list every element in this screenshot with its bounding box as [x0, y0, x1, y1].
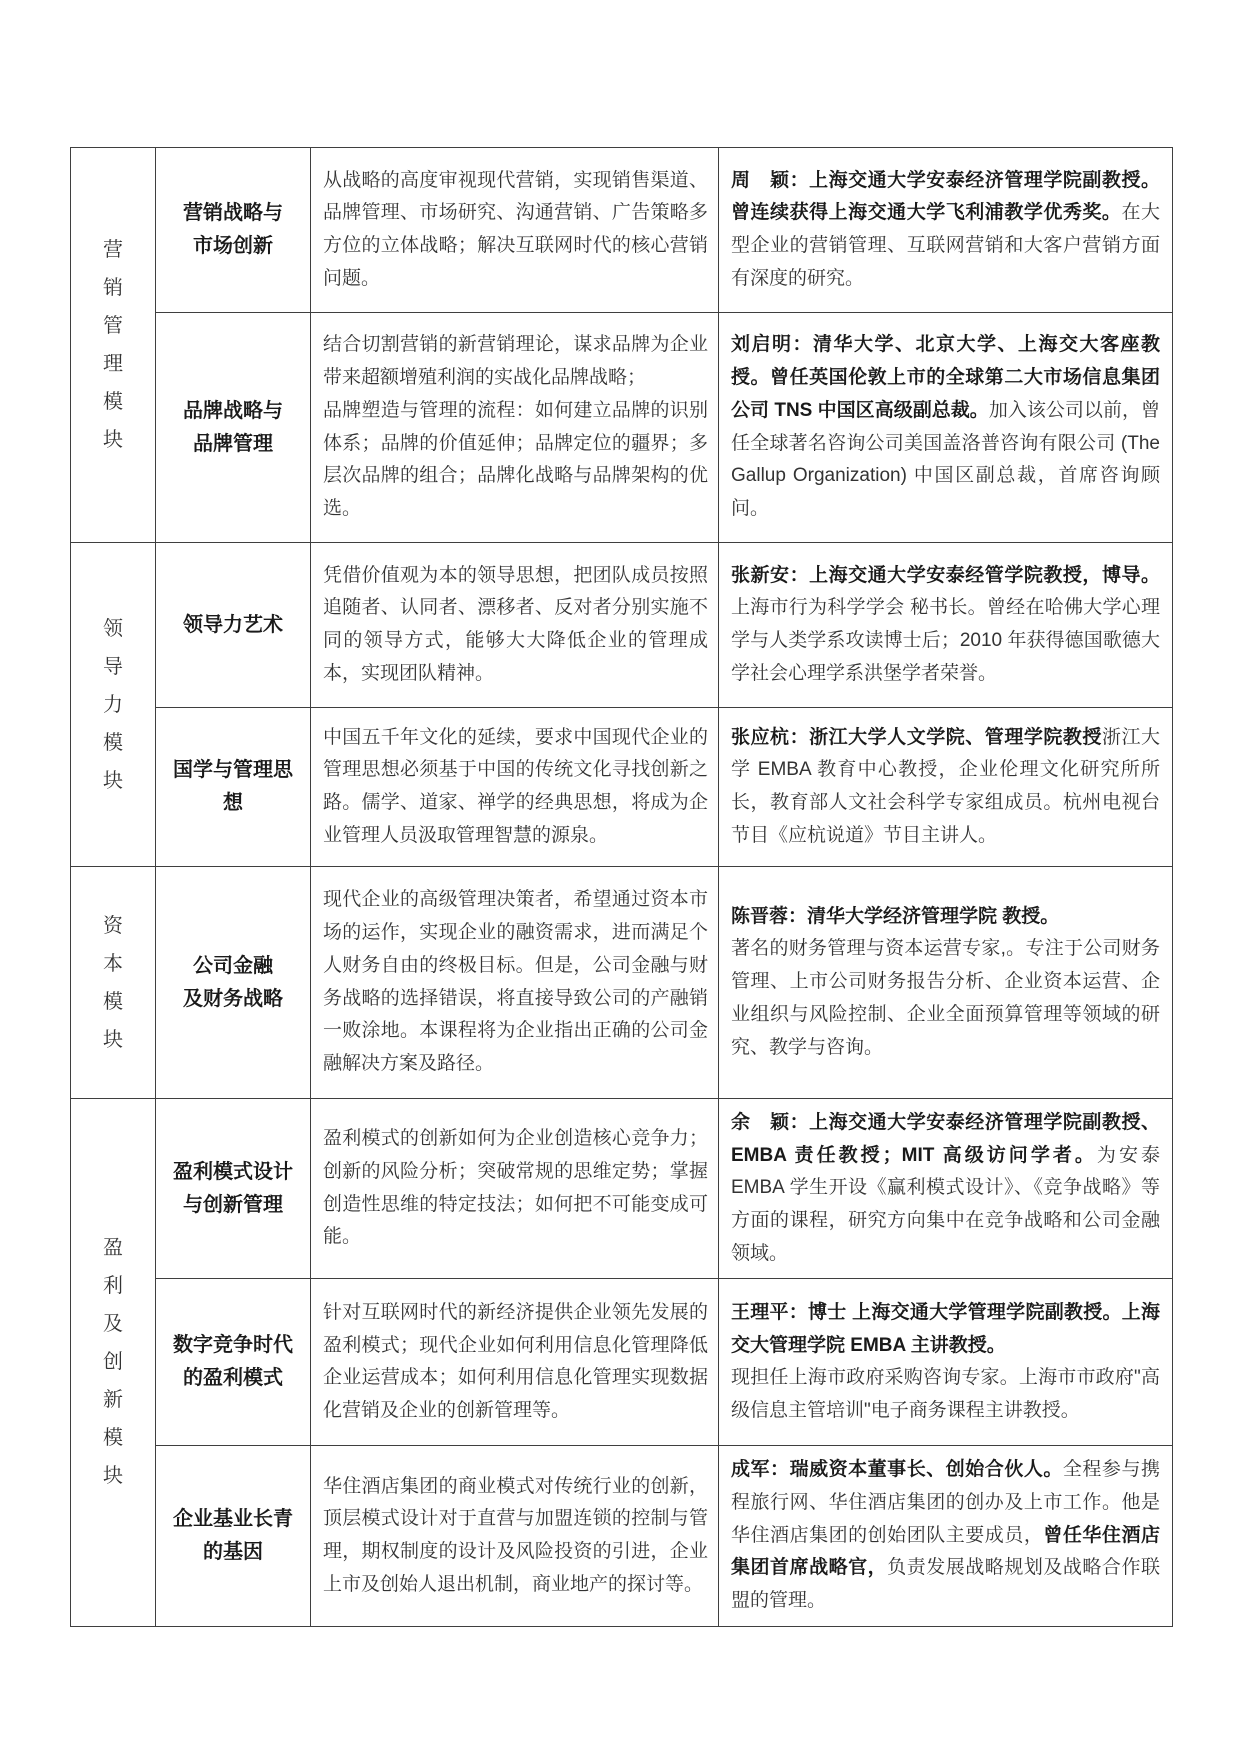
description-paragraph: 凭借价值观为本的领导思想，把团队成员按照追随者、认同者、漂移者、反对者分别实施不…	[323, 560, 708, 691]
bio-emphasis-text: 余 颖：上海交通大学安泰经济管理学院副教授、EMBA 责任教授；MIT 高级访问…	[731, 1112, 1160, 1166]
module-label-char: 本	[72, 945, 154, 983]
module-label-char: 理	[72, 345, 154, 383]
instructor-bio: 王理平：博士 上海交通大学管理学院副教授。上海交大管理学院 EMBA 主讲教授。…	[719, 1279, 1173, 1446]
course-description: 凭借价值观为本的领导思想，把团队成员按照追随者、认同者、漂移者、反对者分别实施不…	[311, 543, 719, 708]
module-label: 营销管理模块	[71, 148, 156, 543]
description-paragraph: 针对互联网时代的新经济提供企业领先发展的盈利模式；现代企业如何利用信息化管理降低…	[323, 1297, 708, 1428]
table-row: 品牌战略与品牌管理结合切割营销的新营销理论，谋求品牌为企业带来超额增殖利润的实战…	[71, 313, 1173, 543]
course-title: 营销战略与市场创新	[156, 148, 311, 313]
bio-emphasis-text: 陈晋蓉：清华大学经济管理学院 教授。	[731, 906, 1059, 927]
description-paragraph: 盈利模式的创新如何为企业创造核心竞争力；创新的风险分析；突破常规的思维定势；掌握…	[323, 1123, 708, 1254]
module-label-char: 盈	[72, 1229, 154, 1267]
bio-regular-text: 现担任上海市政府采购咨询专家。上海市市政府"高级信息主管培训"电子商务课程主讲教…	[731, 1367, 1160, 1421]
module-label-char: 利	[72, 1267, 154, 1305]
description-paragraph: 品牌塑造与管理的流程：如何建立品牌的识别体系；品牌的价值延伸；品牌定位的疆界；多…	[323, 395, 708, 526]
module-label-char: 块	[72, 421, 154, 459]
course-description: 盈利模式的创新如何为企业创造核心竞争力；创新的风险分析；突破常规的思维定势；掌握…	[311, 1099, 719, 1279]
course-title: 公司金融及财务战略	[156, 867, 311, 1099]
course-table: 营销管理模块营销战略与市场创新从战略的高度审视现代营销，实现销售渠道、品牌管理、…	[70, 147, 1173, 1627]
instructor-bio: 余 颖：上海交通大学安泰经济管理学院副教授、EMBA 责任教授；MIT 高级访问…	[719, 1099, 1173, 1279]
instructor-bio: 周 颖：上海交通大学安泰经济管理学院副教授。曾连续获得上海交通大学飞利浦教学优秀…	[719, 148, 1173, 313]
table-row: 领导力模块领导力艺术凭借价值观为本的领导思想，把团队成员按照追随者、认同者、漂移…	[71, 543, 1173, 708]
course-title: 数字竞争时代的盈利模式	[156, 1279, 311, 1446]
module-label-char: 模	[72, 983, 154, 1021]
instructor-bio: 成军：瑞威资本董事长、创始合伙人。全程参与携程旅行网、华住酒店集团的创办及上市工…	[719, 1446, 1173, 1626]
module-label-char: 模	[72, 1419, 154, 1457]
instructor-bio: 张新安：上海交通大学安泰经管学院教授，博导。上海市行为科学学会 秘书长。曾经在哈…	[719, 543, 1173, 708]
module-label-char: 模	[72, 724, 154, 762]
description-paragraph: 结合切割营销的新营销理论，谋求品牌为企业带来超额增殖利润的实战化品牌战略；	[323, 329, 708, 394]
module-label-char: 创	[72, 1343, 154, 1381]
course-table-body: 营销管理模块营销战略与市场创新从战略的高度审视现代营销，实现销售渠道、品牌管理、…	[71, 148, 1173, 1627]
table-row: 国学与管理思想中国五千年文化的延续，要求中国现代企业的管理思想必须基于中国的传统…	[71, 708, 1173, 867]
course-description: 华住酒店集团的商业模式对传统行业的创新，顶层模式设计对于直营与加盟连锁的控制与管…	[311, 1446, 719, 1626]
table-row: 数字竞争时代的盈利模式针对互联网时代的新经济提供企业领先发展的盈利模式；现代企业…	[71, 1279, 1173, 1446]
description-paragraph: 中国五千年文化的延续，要求中国现代企业的管理思想必须基于中国的传统文化寻找创新之…	[323, 722, 708, 853]
table-row: 资本模块公司金融及财务战略现代企业的高级管理决策者，希望通过资本市场的运作，实现…	[71, 867, 1173, 1099]
module-label: 资本模块	[71, 867, 156, 1099]
course-title: 品牌战略与品牌管理	[156, 313, 311, 543]
table-row: 盈利及创新模块盈利模式设计与创新管理盈利模式的创新如何为企业创造核心竞争力；创新…	[71, 1099, 1173, 1279]
course-title: 国学与管理思想	[156, 708, 311, 867]
bio-emphasis-text: 张新安：上海交通大学安泰经管学院教授，博导。	[731, 565, 1160, 586]
instructor-bio: 陈晋蓉：清华大学经济管理学院 教授。著名的财务管理与资本运营专家,。专注于公司财…	[719, 867, 1173, 1099]
description-paragraph: 现代企业的高级管理决策者，希望通过资本市场的运作，实现企业的融资需求，进而满足个…	[323, 884, 708, 1080]
module-label-char: 营	[72, 231, 154, 269]
course-description: 中国五千年文化的延续，要求中国现代企业的管理思想必须基于中国的传统文化寻找创新之…	[311, 708, 719, 867]
module-label-char: 块	[72, 762, 154, 800]
module-label-char: 块	[72, 1021, 154, 1059]
course-description: 从战略的高度审视现代营销，实现销售渠道、品牌管理、市场研究、沟通营销、广告策略多…	[311, 148, 719, 313]
table-row: 营销管理模块营销战略与市场创新从战略的高度审视现代营销，实现销售渠道、品牌管理、…	[71, 148, 1173, 313]
instructor-bio: 刘启明：清华大学、北京大学、上海交大客座教授。曾任英国伦敦上市的全球第二大市场信…	[719, 313, 1173, 543]
document-page: 营销管理模块营销战略与市场创新从战略的高度审视现代营销，实现销售渠道、品牌管理、…	[0, 0, 1240, 1753]
course-title: 领导力艺术	[156, 543, 311, 708]
module-label-char: 资	[72, 907, 154, 945]
module-label-char: 块	[72, 1457, 154, 1495]
bio-emphasis-text: 成军：瑞威资本董事长、创始合伙人。	[731, 1459, 1063, 1480]
description-paragraph: 从战略的高度审视现代营销，实现销售渠道、品牌管理、市场研究、沟通营销、广告策略多…	[323, 165, 708, 296]
module-label-char: 导	[72, 648, 154, 686]
module-label-char: 及	[72, 1305, 154, 1343]
instructor-bio: 张应杭：浙江大学人文学院、管理学院教授浙江大学 EMBA 教育中心教授，企业伦理…	[719, 708, 1173, 867]
module-label-char: 领	[72, 610, 154, 648]
bio-emphasis-text: 张应杭：浙江大学人文学院、管理学院教授	[731, 727, 1102, 748]
course-description: 现代企业的高级管理决策者，希望通过资本市场的运作，实现企业的融资需求，进而满足个…	[311, 867, 719, 1099]
description-paragraph: 华住酒店集团的商业模式对传统行业的创新，顶层模式设计对于直营与加盟连锁的控制与管…	[323, 1471, 708, 1602]
bio-emphasis-text: 王理平：博士 上海交通大学管理学院副教授。上海交大管理学院 EMBA 主讲教授。	[731, 1302, 1160, 1356]
module-label-char: 管	[72, 307, 154, 345]
module-label: 盈利及创新模块	[71, 1099, 156, 1627]
bio-regular-text: 著名的财务管理与资本运营专家,。专注于公司财务管理、上市公司财务报告分析、企业资…	[731, 938, 1160, 1057]
course-description: 结合切割营销的新营销理论，谋求品牌为企业带来超额增殖利润的实战化品牌战略；品牌塑…	[311, 313, 719, 543]
course-title: 企业基业长青的基因	[156, 1446, 311, 1626]
module-label-char: 新	[72, 1381, 154, 1419]
module-label-char: 销	[72, 269, 154, 307]
course-description: 针对互联网时代的新经济提供企业领先发展的盈利模式；现代企业如何利用信息化管理降低…	[311, 1279, 719, 1446]
module-label-char: 模	[72, 383, 154, 421]
table-row: 企业基业长青的基因华住酒店集团的商业模式对传统行业的创新，顶层模式设计对于直营与…	[71, 1446, 1173, 1626]
bio-emphasis-text: 周 颖：上海交通大学安泰经济管理学院副教授。曾连续获得上海交通大学飞利浦教学优秀…	[731, 170, 1160, 224]
course-title: 盈利模式设计与创新管理	[156, 1099, 311, 1279]
module-label-char: 力	[72, 686, 154, 724]
module-label: 领导力模块	[71, 543, 156, 867]
bio-regular-text: 上海市行为科学学会 秘书长。曾经在哈佛大学心理学与人类学系攻读博士后；2010 …	[731, 597, 1160, 683]
